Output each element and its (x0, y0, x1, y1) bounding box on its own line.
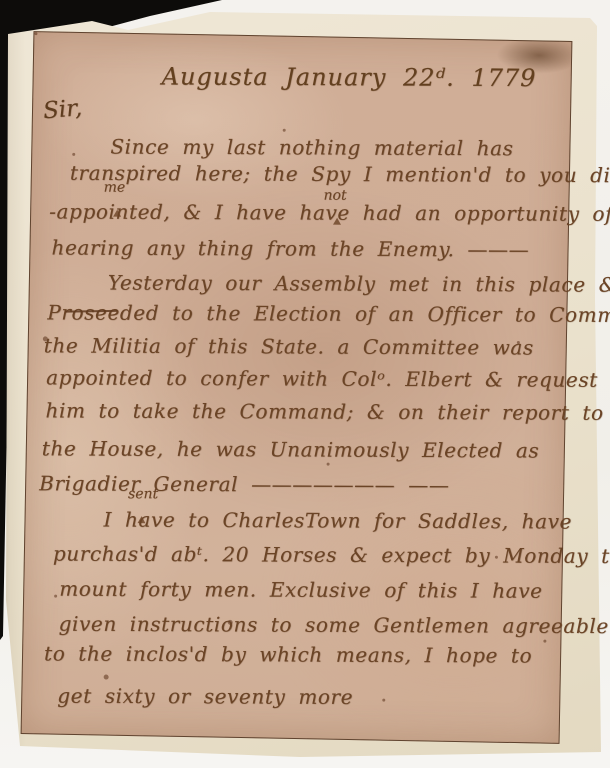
foxing-specks (34, 32, 37, 35)
letter-line-9: him to take the Command; & on their repo… (45, 397, 603, 425)
letter-line-16: to the inclos'd by which means, I hope t… (44, 640, 532, 668)
letter-line-1: Since my last nothing material has (110, 134, 513, 162)
letter-salutation: Sir, (42, 95, 83, 124)
insertion-caret-icon (137, 516, 145, 523)
letter-line-6: Proseeded to the Election of an Officer … (47, 299, 610, 328)
letter-page: Augusta January 22ᵈ. 1779 Sir, Since my … (21, 31, 573, 744)
letter-line-7: the Militia of this State. a Committee w… (44, 332, 534, 360)
letter-line-4: hearing any thing from the Enemy. ——— (51, 234, 529, 262)
letter-line-10: the House, he was Unanimously Elected as (42, 435, 540, 463)
inserted-word-1: me (104, 180, 126, 196)
letter-line-12: I have to CharlesTown for Saddles, have (103, 506, 572, 534)
letter-line-17: get sixty or seventy more (57, 683, 353, 710)
insertion-caret-icon (333, 218, 341, 225)
inserted-word-3: sent (128, 486, 158, 502)
letter-line-11: Brigadier General ——————— —— (39, 470, 449, 498)
letter-dateline: Augusta January 22ᵈ. 1779 (162, 62, 537, 92)
letter-line-5: Yesterday our Assembly met in this place… (108, 270, 610, 298)
letter-line-15: given instructions to some Gentlemen agr… (59, 611, 609, 639)
inserted-word-2: not (324, 188, 347, 204)
letter-line-2: transpired here; the Spy I mention'd to … (70, 160, 610, 188)
letter-line-13: purchas'd abᵗ. 20 Horses & expect by Mon… (53, 541, 610, 569)
photo-stage: Augusta January 22ᵈ. 1779 Sir, Since my … (0, 0, 610, 768)
letter-line-14: mount forty men. Exclusive of this I hav… (59, 576, 542, 604)
insertion-caret-icon (113, 210, 121, 217)
letter-line-8: appointed to confer with Colᵒ. Elbert & … (46, 364, 598, 392)
